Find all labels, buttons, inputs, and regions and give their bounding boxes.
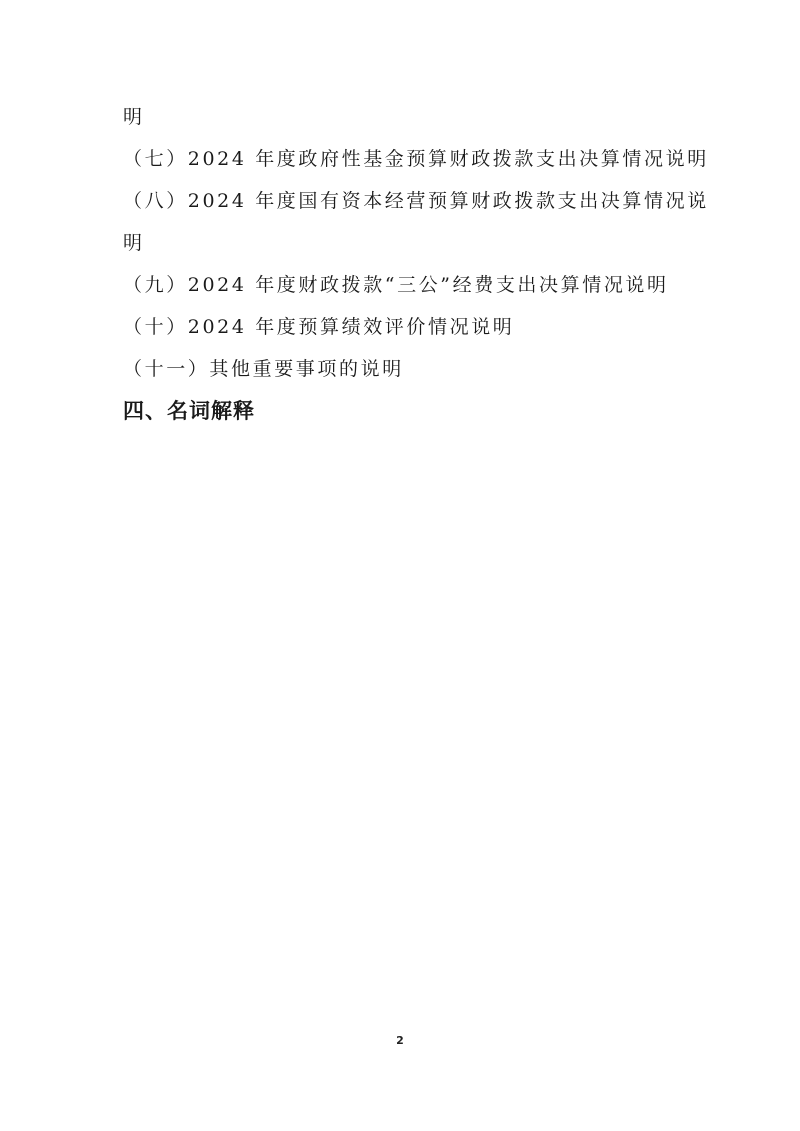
document-page: 明 （七）2024 年度政府性基金预算财政拨款支出决算情况说明 （八）2024 …	[0, 0, 800, 1131]
toc-line-continuation: 明	[123, 231, 145, 255]
toc-item-8: （八）2024 年度国有资本经营预算财政拨款支出决算情况说	[123, 189, 709, 213]
toc-item-10: （十）2024 年度预算绩效评价情况说明	[123, 315, 514, 339]
toc-line-continuation: 明	[123, 105, 145, 129]
toc-item-7: （七）2024 年度政府性基金预算财政拨款支出决算情况说明	[123, 147, 709, 171]
toc-item-11: （十一）其他重要事项的说明	[123, 357, 404, 381]
section-heading: 四、名词解释	[123, 399, 255, 423]
page-number: 2	[0, 1034, 800, 1047]
toc-item-9: （九）2024 年度财政拨款“三公”经费支出决算情况说明	[123, 273, 669, 297]
